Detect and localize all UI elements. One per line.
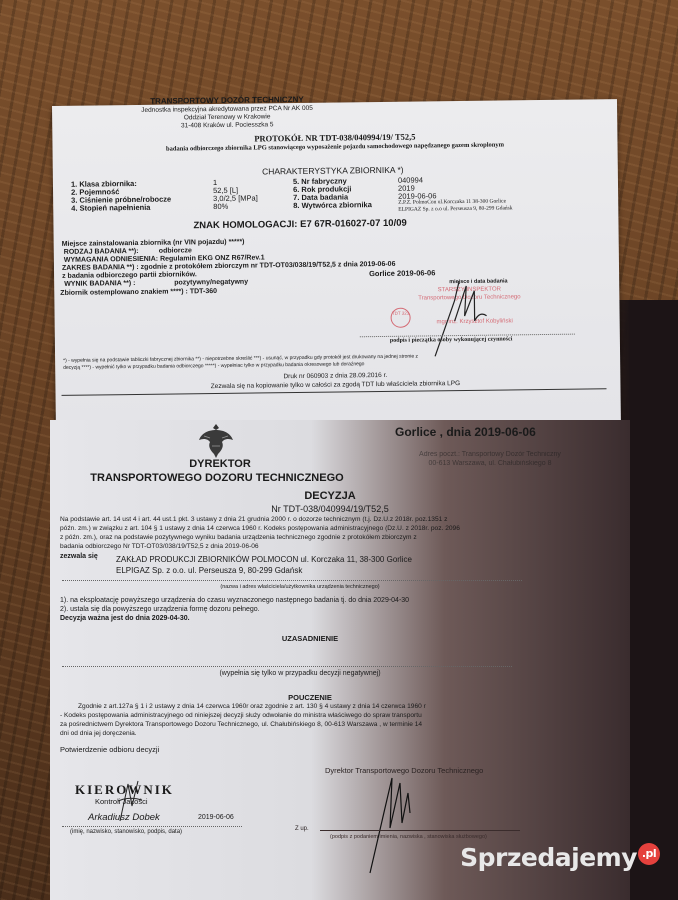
receipt-caption: (imię, nazwisko, stanowisko, podpis, dat… [70,829,182,835]
polish-eagle-emblem-icon [196,420,236,460]
postal-address-1: Adres poczt.: Transportowy Dozór Technic… [370,451,610,458]
owner-caption: (nazwa i adres właściciela/użytkownika u… [100,584,500,590]
justification-caption: (wypełnia się tylko w przypadku decyzji … [150,670,450,677]
char-value: ELPIGAZ Sp. z o.o ul. Perseusza 9, 80-29… [398,205,512,212]
owner-line [62,580,522,581]
stamp-label: Zbiornik ostemplowano znakiem ****) : TD… [60,288,217,297]
director-sign-line [320,830,520,831]
install-place: Miejsce zainstalowania zbiornika (nr VIN… [62,239,245,248]
instruction-line-4: dni od dnia jej doręczenia. [60,730,137,737]
watermark-brand: Sprzedajemy [460,843,637,872]
justification-title: UZASADNIENIE [240,634,380,643]
decision-validity: Decyzja ważna jest do dnia 2029-04-30. [60,615,190,622]
result-label: WYNIK BADANIA **) : [64,280,135,288]
characteristics-heading: CHARAKTERYSTYKA ZBIORNIKA *) [173,164,493,178]
director-signature [360,768,440,878]
receipt-signature [110,776,150,826]
owner-line-2: ELPIGAZ Sp. z o.o. ul. Perseusza 9, 80-2… [116,566,302,575]
director-title-1: DYREKTOR [70,458,370,470]
receipt-label: Potwierdzenie odbioru decyzji [60,745,159,754]
decision-title: DECYZJA [240,490,420,502]
receipt-date: 2019-06-06 [198,814,234,821]
director-title-2: TRANSPORTOWEGO DOZORU TECHNICZNEGO [62,472,372,484]
inspector-signature [414,270,515,361]
watermark-tld: .pl [638,843,660,865]
instruction-line-2: - Kodeks postępowania administracyjnego … [60,712,422,719]
decision-point-1: 1). na eksploatację powyższego urządzeni… [60,597,409,604]
sprzedajemy-watermark: Sprzedajemy.pl [460,843,660,872]
justification-line [62,666,512,667]
decision-body-3: z późn. zm.), oraz na podstawie pozytywn… [60,534,417,541]
director-sign-caption: (podpis z podaniem imienia, nazwiska , s… [330,834,487,840]
decision-place-date: Gorlice , dnia 2019-06-06 [395,425,536,439]
decision-number: Nr TDT-038/040994/19/T52,5 [220,504,440,514]
instruction-line-1: Zgodnie z art.127a § 1 i 2 ustawy z dnia… [78,703,426,710]
char-label: 4. Stopień napełnienia [71,203,150,213]
zup-label: Z up. [295,826,309,832]
test-type-value: odbiorcze [159,247,192,254]
char-label: 8. Wytwórca zbiornika [293,200,372,210]
decision-body-1: Na podstawie art. 14 ust 4 i art. 44 ust… [60,516,447,523]
test-type-label: RODZAJ BADANIA **): [64,248,139,256]
postal-address-2: 00-613 Warszawa, ul. Chałubińskiego 8 [370,460,610,467]
decision-body-4: badania odbiorczego Nr TDT-OT03/038/19/T… [60,543,259,550]
instruction-line-3: za pośrednictwem Dyrektora Transportoweg… [60,721,422,728]
permits-label: zezwala się [60,553,98,560]
char-value: 80% [213,202,228,211]
receipt-line [62,826,242,827]
homologation-mark: ZNAK HOMOLOGACJI: E7 67R-016027-07 10/09 [193,218,406,232]
decision-point-2: 2). ustala się dla powyższego urządzenia… [60,606,260,613]
owner-line-1: ZAKŁAD PRODUKCJI ZBIORNIKÓW POLMOCON ul.… [116,555,412,564]
result-value: pozytywny/negatywny [174,279,248,287]
protocol-sheet: TRANSPORTOWY DOZÓR TECHNICZNY Jednostka … [52,99,621,432]
instruction-title: POUCZENIE [240,693,380,702]
decision-body-2: późn. zm.) w związku z art. 104 § 1 usta… [60,525,460,532]
